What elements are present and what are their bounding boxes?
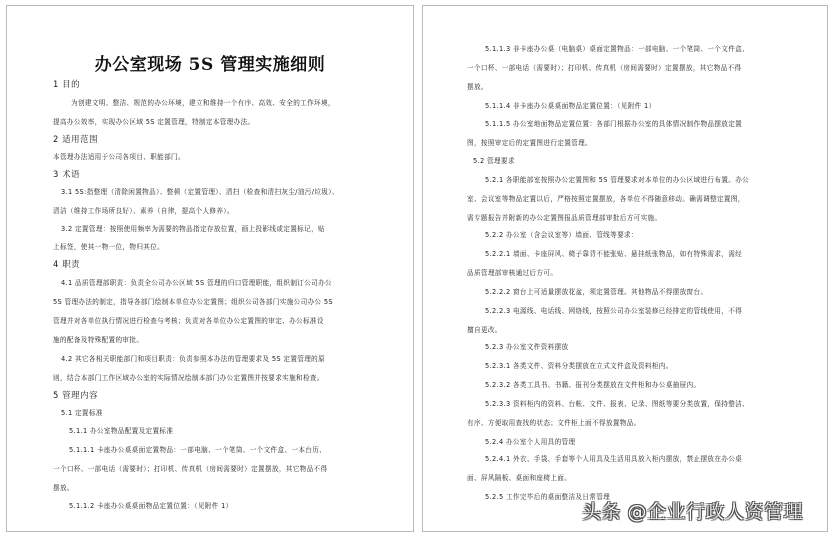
paragraph-line: 3.1 5S:指整理（清除闲置物品）、整顿（定置管理）、清扫（检查和清扫灰尘/油… xyxy=(61,188,339,197)
paragraph-line: 施的配备及特殊配置的审批。 xyxy=(53,336,143,345)
paragraph-line: 擅自更改。 xyxy=(467,326,502,335)
section-heading: 5 管理内容 xyxy=(53,391,98,400)
paragraph-line: 5.2.3.2 各类工具书、书籍、报刊分类摆放在文件柜和办公桌抽屉内。 xyxy=(485,381,700,390)
paragraph-line: 5.2.3.1 各类文件、资料分类摆放在立式文件盒及资料柜内。 xyxy=(485,362,673,371)
paragraph-line: 3.2 定置管理：按照使用频率为需要的物品指定存放位置，画上投影线或定置标记，贴 xyxy=(61,225,325,234)
paragraph-line: 5.1.1.5 办公室地面物品定置位置：各部门根据办公室的具体情况制作物品摆放定… xyxy=(485,120,742,129)
paragraph-line: 4.1 品质管理部职责：负责全公司办公区域 5S 管理的归口管理职能，组织制订公… xyxy=(61,279,332,288)
paragraph-line: 5.2.4.1 外衣、手袋、手套等个人用具及生活用具放入柜内摆放，禁止摆放在办公… xyxy=(485,455,742,464)
paragraph-line: 5.2.2.2 窗台上可适量摆放花盆，须定置管理。其他物品不得摆放窗台。 xyxy=(485,288,707,297)
section-heading: 2 适用范围 xyxy=(53,135,98,144)
paragraph-line: 为创建文明、整洁、规范的办公环境，建立和维持一个有序、高效、安全的工作环境， xyxy=(71,99,335,108)
paragraph-line: 面、屏风隔板、桌面和座椅上面。 xyxy=(467,474,571,483)
paragraph-line: 管理并对各单位执行情况进行检查与考核；负责对各单位办公定置图的审定、办公标准设 xyxy=(53,317,324,326)
document-page-right: 5.1.1.3 非卡座办公桌（电脑桌）桌面定置物品：一部电脑、一个笔筒、一个文件… xyxy=(422,5,828,532)
paragraph-line: 品质管理部审核通过后方可。 xyxy=(467,269,557,278)
section-heading: 3 术语 xyxy=(53,170,80,179)
paragraph-line: 图，按照审定后的定置图进行定置管理。 xyxy=(467,139,592,148)
paragraph-line: 5.2.4 办公室个人用具的管理 xyxy=(485,438,575,447)
paragraph-line: 5.1.1.3 非卡座办公桌（电脑桌）桌面定置物品：一部电脑、一个笔筒、一个文件… xyxy=(485,45,749,54)
paragraph-line: 5.1 定置标准 xyxy=(61,409,103,418)
paragraph-line: 5.2.3 办公室文件资料摆放 xyxy=(485,343,568,352)
paragraph-line: 有序、方便取用查找的状态；文件柜上面不得放置物品。 xyxy=(467,419,641,428)
paragraph-line: 5.1.1.1 卡座办公桌桌面定置物品：一部电脑、一个笔筒、一个文件盒、一本台历… xyxy=(69,446,326,455)
paragraph-line: 4.2 其它各相关职能部门和项目职责：负责参照本办法的管理要求及 5S 定置管理… xyxy=(61,355,325,364)
document-title: 办公室现场 5S 管理实施细则 xyxy=(7,50,413,75)
paragraph-line: 5.1.1.4 非卡座办公桌桌面物品定置位置：（见附件 1） xyxy=(485,102,656,111)
paragraph-line: 5.2.2.1 墙面、卡座屏风、椅子靠背不能张贴、悬挂纸张物品，如有特殊需求，需… xyxy=(485,250,742,259)
paragraph-line: 5.2 管理要求 xyxy=(473,157,515,166)
paragraph-line: 则，结合本部门工作区域办公室的实际情况绘制本部门办公定置图并按要求实施和检查。 xyxy=(53,374,324,383)
document-page-left: 办公室现场 5S 管理实施细则 1 目的为创建文明、整洁、规范的办公环境，建立和… xyxy=(6,5,414,532)
paragraph-line: 室、会议室等物品定置以后，严格按照定置摆放，各单位不得随意移动。确需调整定置图， xyxy=(467,195,745,204)
paragraph-line: 上标签，使其一物一位，物归其位。 xyxy=(53,243,164,252)
paragraph-line: 5.2.2.3 电源线、电话线、网络线，按照公司办公室装修已经排定的管线使用，不… xyxy=(485,307,742,316)
paragraph-line: 5.2.1 各职能部室按照办公定置图和 5S 管理要求对本单位的办公区域进行布置… xyxy=(485,176,749,185)
paragraph-line: 需专题报告并附新的办公定置图报品质管理部审批后方可实施。 xyxy=(467,214,661,223)
paragraph-line: 5S 管理办法的制定，指导各部门绘制本单位办公定置图；组织公司各部门实施公司办公… xyxy=(53,298,333,307)
paragraph-line: 摆放。 xyxy=(467,83,488,92)
paragraph-line: 清洁（维持工作场所良好）、素养（自律，提高个人修养）。 xyxy=(53,207,234,216)
paragraph-line: 本管理办法适用于公司各项目、职能部门。 xyxy=(53,153,185,162)
paragraph-line: 提高办公效率，实现办公区域 5S 定置管理，特制定本管理办法。 xyxy=(53,118,254,127)
paragraph-line: 一个口杯、一部电话（需要时）；打印机、传真机（房间需要时）定置摆放，其它物品不得 xyxy=(53,465,327,474)
paragraph-line: 5.2.2 办公室（含会议室等）墙面、管线等要求： xyxy=(485,231,638,240)
section-heading: 4 职责 xyxy=(53,260,80,269)
paragraph-line: 5.1.1 办公室物品配置及定置标准 xyxy=(69,427,173,436)
paragraph-line: 5.1.1.2 卡座办公桌桌面物品定置位置：（见附件 1） xyxy=(69,502,233,511)
section-heading: 1 目的 xyxy=(53,80,80,89)
paragraph-line: 一个口杯、一部电话（需要时）；打印机、传真机（房间需要时）定置摆放，其它物品不得 xyxy=(467,64,741,73)
paragraph-line: 5.2.3.3 资料柜内的资料、台帐、文件、报表、记录、图纸等要分类放置，保持整… xyxy=(485,400,749,409)
source-watermark: 头条 @企业行政人资管理 xyxy=(582,497,803,524)
paragraph-line: 摆放。 xyxy=(53,484,74,493)
